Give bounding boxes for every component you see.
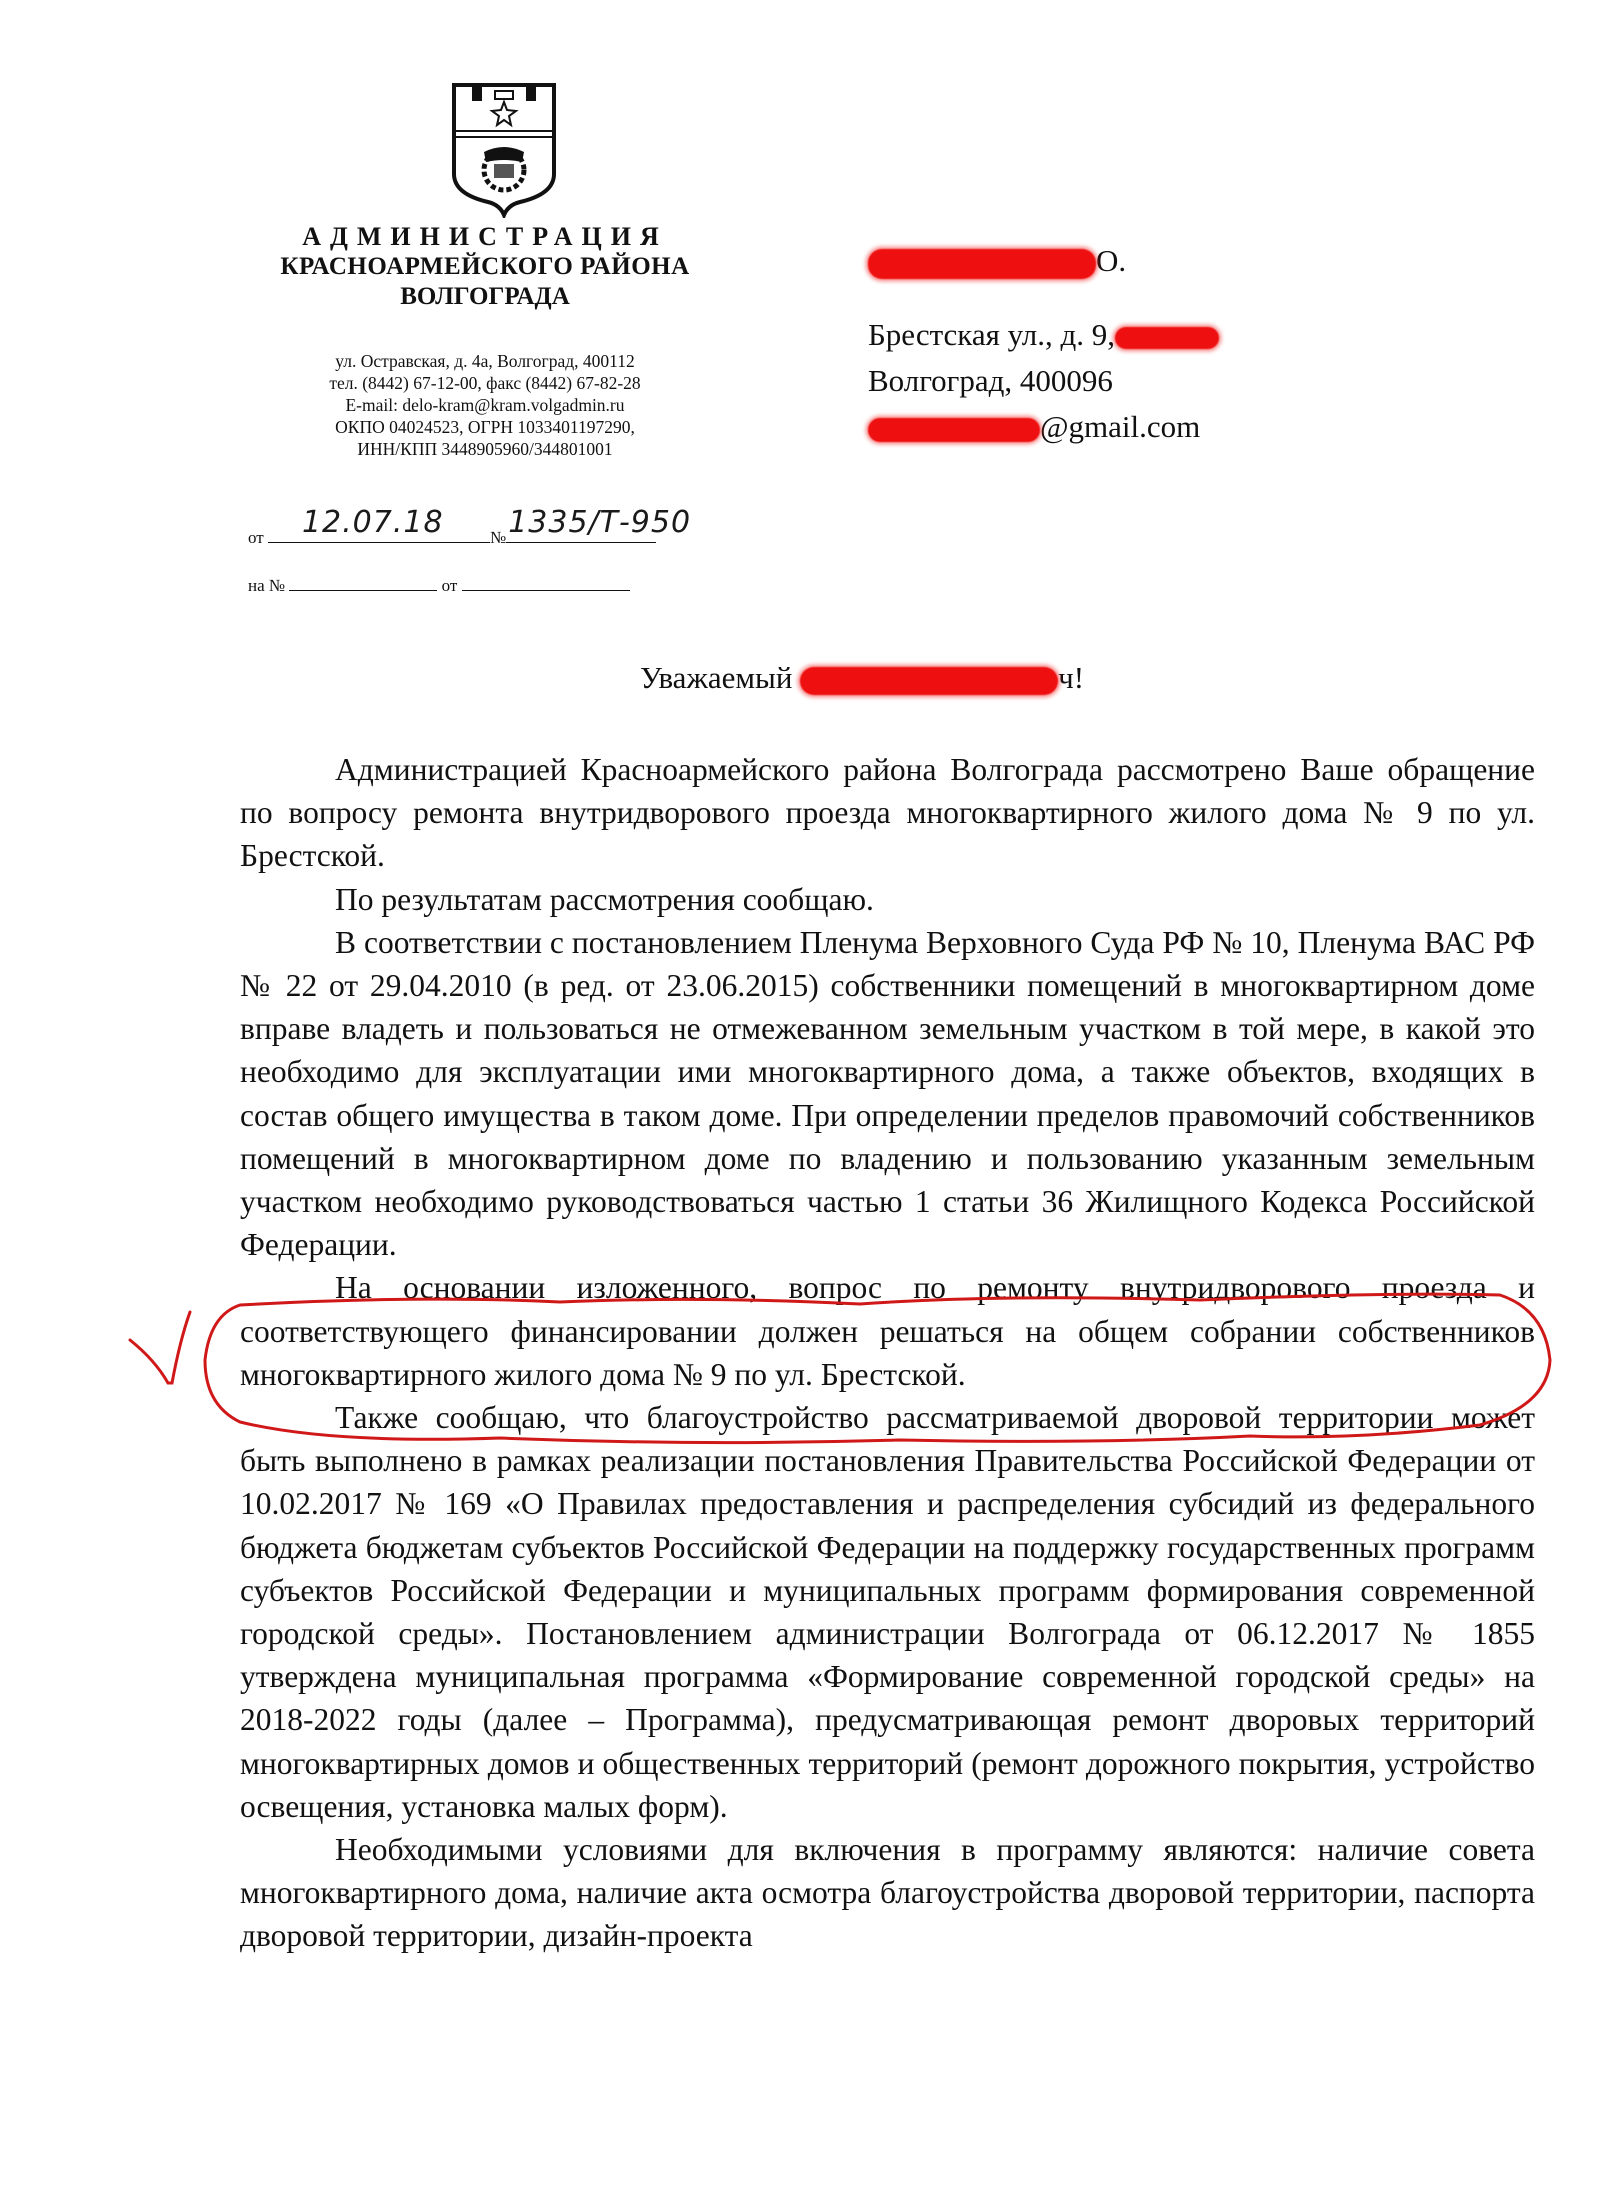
organization-title: АДМИНИСТРАЦИЯ КРАСНОАРМЕЙСКОГО РАЙОНА ВО…	[240, 222, 730, 312]
date-field: 12.07.18	[268, 522, 490, 543]
org-phone-fax: тел. (8442) 67-12-00, факс (8442) 67-82-…	[240, 372, 730, 394]
org-address: ул. Остравская, д. 4а, Волгоград, 400112	[240, 350, 730, 372]
paragraph-2: По результатам рассмотрения сообщаю.	[240, 878, 1535, 921]
redaction-mark	[868, 249, 1096, 279]
addressee-city: Волгоград, 400096	[868, 358, 1219, 404]
org-inn-kpp: ИНН/КПП 3448905960/344801001	[240, 438, 730, 460]
paragraph-3: В соответствии с постановлением Пленума …	[240, 921, 1535, 1267]
reply-date-field	[462, 576, 630, 591]
redaction-mark	[1115, 327, 1219, 349]
organization-contacts: ул. Остравская, д. 4а, Волгоград, 400112…	[240, 350, 730, 460]
addressee-block: О. Брестская ул., д. 9, Волгоград, 40009…	[868, 238, 1219, 450]
paragraph-4-circled: На основании изложенного, вопрос по ремо…	[240, 1266, 1535, 1396]
reply-number-label: на №	[248, 576, 285, 595]
checkmark-icon	[130, 1312, 190, 1383]
addressee-name: О.	[868, 238, 1219, 284]
outgoing-registration: от 12.07.18 № 1335/Т-950	[248, 522, 656, 548]
incoming-reference: на № от	[248, 576, 630, 596]
reply-from-label: от	[442, 576, 458, 595]
handwritten-number: 1335/Т-950	[508, 505, 691, 540]
addressee-street: Брестская ул., д. 9,	[868, 312, 1219, 358]
from-label: от	[248, 528, 264, 547]
org-title-line-1: АДМИНИСТРАЦИЯ	[240, 222, 730, 252]
salutation: Уважаемый ч!	[640, 660, 1084, 696]
coat-of-arms-icon	[450, 82, 558, 218]
number-label: №	[490, 528, 506, 547]
letter-body: Администрацией Красноармейского района В…	[240, 748, 1535, 1958]
number-field: 1335/Т-950	[506, 522, 656, 543]
org-okpo-ogrn: ОКПО 04024523, ОГРН 1033401197290,	[240, 416, 730, 438]
handwritten-date: 12.07.18	[302, 505, 444, 540]
redaction-mark	[868, 418, 1040, 442]
paragraph-5: Также сообщаю, что благоустройство рассм…	[240, 1396, 1535, 1828]
redaction-mark	[800, 667, 1058, 695]
org-email: E-mail: delo-kram@kram.volgadmin.ru	[240, 394, 730, 416]
org-title-line-2: КРАСНОАРМЕЙСКОГО РАЙОНА	[240, 252, 730, 282]
paragraph-1: Администрацией Красноармейского района В…	[240, 748, 1535, 878]
reply-number-field	[289, 576, 437, 591]
paragraph-6: Необходимыми условиями для включения в п…	[240, 1828, 1535, 1958]
addressee-email: @gmail.com	[868, 404, 1219, 450]
org-title-line-3: ВОЛГОГРАДА	[240, 282, 730, 312]
